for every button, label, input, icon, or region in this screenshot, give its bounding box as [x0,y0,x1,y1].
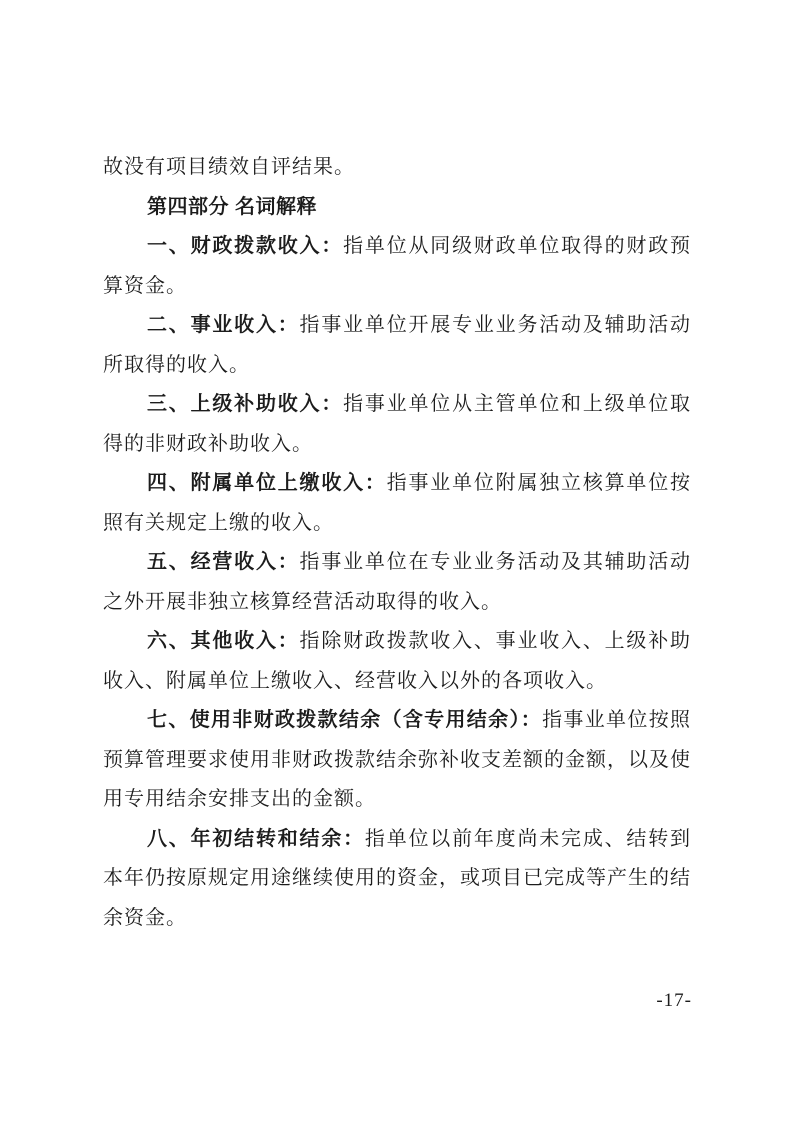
term-label-2: 二、事业收入： [147,314,300,336]
term-label-5: 五、经营收入： [147,551,300,573]
page-number: -17- [656,990,692,1012]
term-paragraph-5: 五、经营收入：指事业单位在专业业务活动及其辅助活动之外开展非独立核算经营活动取得… [103,543,691,622]
term-label-1: 一、财政拨款收入： [147,235,343,257]
page-content: 故没有项目绩效自评结果。 第四部分 名词解释 一、财政拨款收入：指单位从同级财政… [103,148,691,938]
intro-paragraph: 故没有项目绩效自评结果。 [103,148,691,188]
term-label-6: 六、其他收入： [147,630,300,652]
term-label-3: 三、上级补助收入： [147,393,343,415]
document-page: 故没有项目绩效自评结果。 第四部分 名词解释 一、财政拨款收入：指单位从同级财政… [0,0,793,1122]
term-paragraph-4: 四、附属单位上缴收入：指事业单位附属独立核算单位按照有关规定上缴的收入。 [103,464,691,543]
term-paragraph-8: 八、年初结转和结余：指单位以前年度尚未完成、结转到本年仍按原规定用途继续使用的资… [103,820,691,939]
term-paragraph-2: 二、事业收入：指事业单位开展专业业务活动及辅助活动所取得的收入。 [103,306,691,385]
term-paragraph-7: 七、使用非财政拨款结余（含专用结余）：指事业单位按照预算管理要求使用非财政拨款结… [103,701,691,820]
term-label-8: 八、年初结转和结余： [147,828,365,850]
term-paragraph-3: 三、上级补助收入：指事业单位从主管单位和上级单位取得的非财政补助收入。 [103,385,691,464]
term-label-7: 七、使用非财政拨款结余（含专用结余）： [147,709,542,731]
section-heading: 第四部分 名词解释 [103,188,691,228]
term-label-4: 四、附属单位上缴收入： [147,472,387,494]
term-paragraph-1: 一、财政拨款收入：指单位从同级财政单位取得的财政预算资金。 [103,227,691,306]
term-paragraph-6: 六、其他收入：指除财政拨款收入、事业收入、上级补助收入、附属单位上缴收入、经营收… [103,622,691,701]
